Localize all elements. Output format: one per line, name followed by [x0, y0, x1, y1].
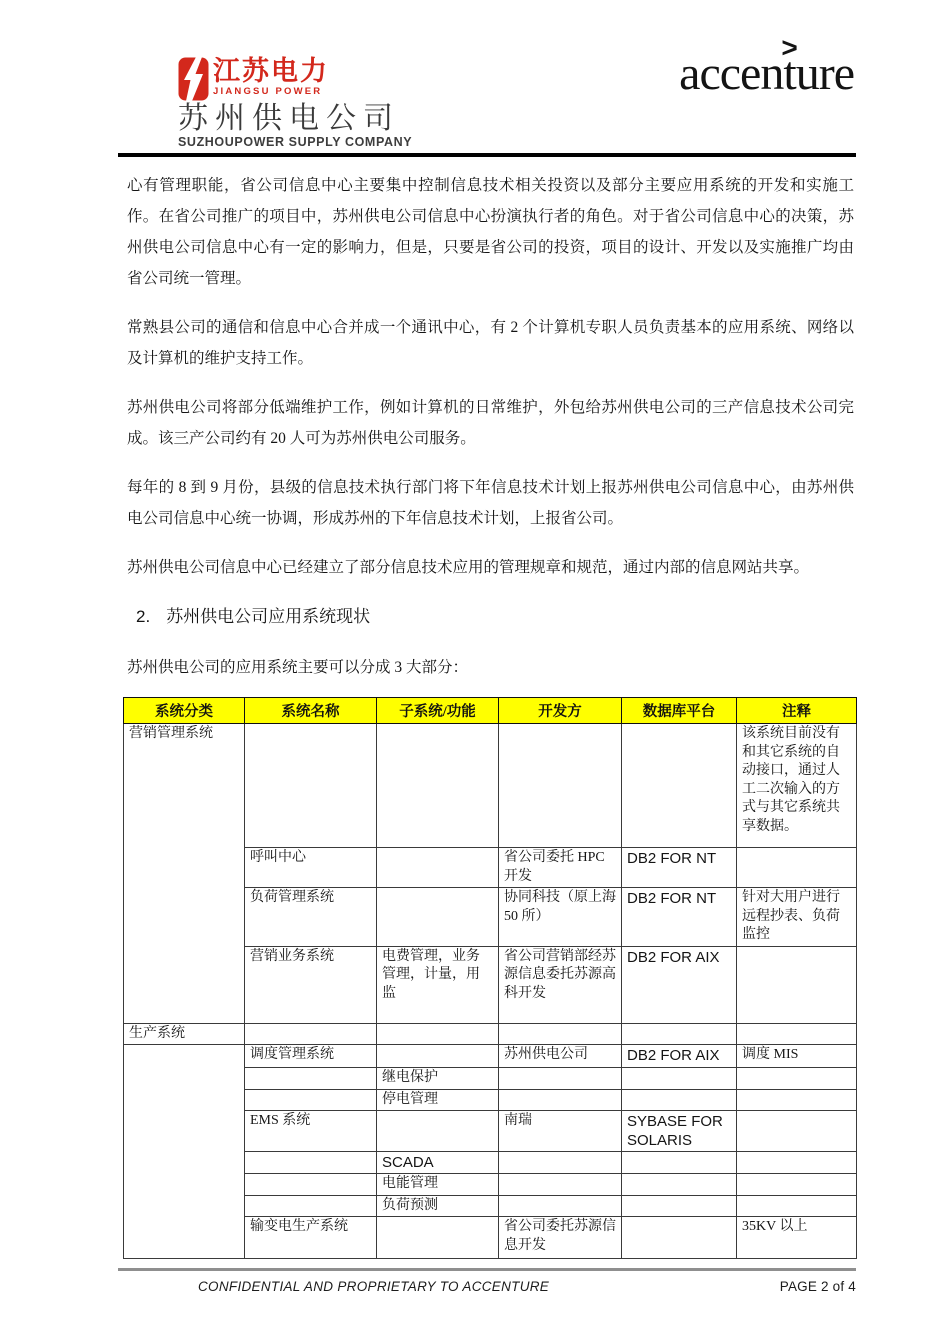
paragraph: 常熟县公司的通信和信息中心合并成一个通讯中心，有 2 个计算机专职人员负责基本的…: [127, 312, 854, 374]
table-cell: [377, 1111, 499, 1152]
table-cell: 省公司委托 HPC 开发: [499, 848, 622, 888]
table-cell: [245, 1195, 377, 1217]
table-cell: 输变电生产系统: [245, 1217, 377, 1259]
table-cell: 停电管理: [377, 1089, 499, 1111]
table-cell: [377, 1045, 499, 1068]
table-cell: [499, 1068, 622, 1090]
jiangsu-power-logo: 江苏电力 JIANGSU POWER 苏州供电公司 SUZHOUPOWER SU…: [178, 57, 412, 149]
table-cell: DB2 FOR AIX: [622, 946, 737, 1023]
table-header-row: 系统分类系统名称子系统/功能开发方数据库平台注释: [124, 698, 857, 724]
table-cell: 生产系统: [124, 1023, 245, 1045]
table-cell: [245, 1068, 377, 1090]
table-cell: DB2 FOR NT: [622, 888, 737, 947]
table-cell: [245, 1174, 377, 1196]
table-header-cell: 开发方: [499, 698, 622, 724]
table-cell: [245, 1152, 377, 1174]
table-cell: 负荷预测: [377, 1195, 499, 1217]
table-cell: [245, 1023, 377, 1045]
document-body: 心有管理职能，省公司信息中心主要集中控制信息技术相关投资以及部分主要应用系统的开…: [123, 162, 854, 1259]
confidentiality-notice: CONFIDENTIAL AND PROPRIETARY TO ACCENTUR…: [198, 1279, 549, 1294]
table-cell: [737, 1174, 857, 1196]
table-cell: EMS 系统: [245, 1111, 377, 1152]
table-row: 调度管理系统苏州供电公司DB2 FOR AIX调度 MIS: [124, 1045, 857, 1068]
table-cell: DB2 FOR NT: [622, 848, 737, 888]
table-cell: 电能管理: [377, 1174, 499, 1196]
table-cell: [377, 888, 499, 947]
page-footer: CONFIDENTIAL AND PROPRIETARY TO ACCENTUR…: [118, 1268, 856, 1294]
section-heading: 2. 苏州供电公司应用系统现状: [136, 604, 854, 630]
table-cell: [622, 1089, 737, 1111]
accenture-wordmark-pre: accen: [679, 47, 783, 100]
table-cell: 省公司委托苏源信息开发: [499, 1217, 622, 1259]
company-name-cn: 苏州供电公司: [178, 104, 412, 134]
table-cell: [499, 1195, 622, 1217]
table-cell: 南瑞: [499, 1111, 622, 1152]
footer-divider: [118, 1268, 856, 1271]
table-cell: [499, 1174, 622, 1196]
document-page: 江苏电力 JIANGSU POWER 苏州供电公司 SUZHOUPOWER SU…: [0, 0, 950, 1344]
table-cell: [377, 724, 499, 848]
table-cell: [377, 1217, 499, 1259]
header-divider: [118, 153, 856, 157]
table-cell: 苏州供电公司: [499, 1045, 622, 1068]
table-cell: 营销管理系统: [124, 724, 245, 1024]
accenture-wordmark-t: >t: [783, 48, 795, 101]
systems-table: 系统分类系统名称子系统/功能开发方数据库平台注释 营销管理系统该系统目前没有和其…: [123, 697, 857, 1259]
table-cell: 电费管理，业务管理，计量，用监: [377, 946, 499, 1023]
table-header-cell: 数据库平台: [622, 698, 737, 724]
table-cell: 该系统目前没有和其它系统的自动接口，通过人工二次输入的方式与其它系统共享数据。: [737, 724, 857, 848]
section-title: 苏州供电公司应用系统现状: [166, 604, 370, 630]
table-cell: [499, 1152, 622, 1174]
table-cell: [245, 1089, 377, 1111]
company-name-en: SUZHOUPOWER SUPPLY COMPANY: [178, 136, 412, 149]
table-cell: 调度管理系统: [245, 1045, 377, 1068]
table-row: 营销管理系统该系统目前没有和其它系统的自动接口，通过人工二次输入的方式与其它系统…: [124, 724, 857, 848]
table-cell: [622, 1023, 737, 1045]
table-cell: [737, 1111, 857, 1152]
paragraph: 苏州供电公司信息中心已经建立了部分信息技术应用的管理规章和规范，通过内部的信息网…: [127, 552, 854, 583]
table-cell: 省公司营销部经苏源信息委托苏源高科开发: [499, 946, 622, 1023]
table-cell: [737, 946, 857, 1023]
table-cell: [499, 1023, 622, 1045]
table-cell: 呼叫中心: [245, 848, 377, 888]
table-cell: [737, 1023, 857, 1045]
table-cell: [622, 724, 737, 848]
table-header-cell: 子系统/功能: [377, 698, 499, 724]
paragraph: 每年的 8 到 9 月份，县级的信息技术执行部门将下年信息技术计划上报苏州供电公…: [127, 472, 854, 534]
accenture-wordmark-post: ure: [796, 47, 854, 100]
table-cell: [622, 1195, 737, 1217]
table-cell: [377, 848, 499, 888]
table-cell: [622, 1068, 737, 1090]
table-cell: [737, 1195, 857, 1217]
table-cell: 35KV 以上: [737, 1217, 857, 1259]
table-header-cell: 注释: [737, 698, 857, 724]
table-cell: [737, 848, 857, 888]
table-cell: [622, 1174, 737, 1196]
table-cell: [499, 724, 622, 848]
brand-name-cn: 江苏电力: [213, 57, 329, 85]
paragraph: 苏州供电公司将部分低端维护工作，例如计算机的日常维护，外包给苏州供电公司的三产信…: [127, 392, 854, 454]
section-number: 2.: [136, 604, 150, 630]
table-cell: [245, 724, 377, 848]
table-cell: 针对大用户进行远程抄表、负荷监控: [737, 888, 857, 947]
paragraph: 心有管理职能，省公司信息中心主要集中控制信息技术相关投资以及部分主要应用系统的开…: [127, 170, 854, 294]
table-cell: 营销业务系统: [245, 946, 377, 1023]
page-number: PAGE 2 of 4: [780, 1279, 856, 1294]
table-cell: [737, 1152, 857, 1174]
table-cell: DB2 FOR AIX: [622, 1045, 737, 1068]
table-cell: [737, 1068, 857, 1090]
table-cell: 继电保护: [377, 1068, 499, 1090]
accenture-logo: accen>ture: [679, 48, 854, 101]
table-cell: [737, 1089, 857, 1111]
table-cell: SYBASE FOR SOLARIS: [622, 1111, 737, 1152]
brand-name-en: JIANGSU POWER: [213, 87, 329, 97]
jiangsu-power-brand: 江苏电力 JIANGSU POWER: [178, 57, 412, 101]
table-cell: 负荷管理系统: [245, 888, 377, 947]
lightning-bolt-icon: [178, 57, 209, 101]
table-cell: [377, 1023, 499, 1045]
table-header-cell: 系统名称: [245, 698, 377, 724]
table-cell: SCADA: [377, 1152, 499, 1174]
table-cell: 协同科技（原上海 50 所）: [499, 888, 622, 947]
accenture-caret-icon: >: [781, 33, 797, 64]
table-header-cell: 系统分类: [124, 698, 245, 724]
table-row: 生产系统: [124, 1023, 857, 1045]
table-body: 营销管理系统该系统目前没有和其它系统的自动接口，通过人工二次输入的方式与其它系统…: [124, 724, 857, 1259]
table-intro: 苏州供电公司的应用系统主要可以分成 3 大部分：: [127, 654, 854, 682]
table-cell: [622, 1217, 737, 1259]
table-cell: [124, 1045, 245, 1259]
table-cell: [622, 1152, 737, 1174]
table-cell: [499, 1089, 622, 1111]
table-cell: 调度 MIS: [737, 1045, 857, 1068]
